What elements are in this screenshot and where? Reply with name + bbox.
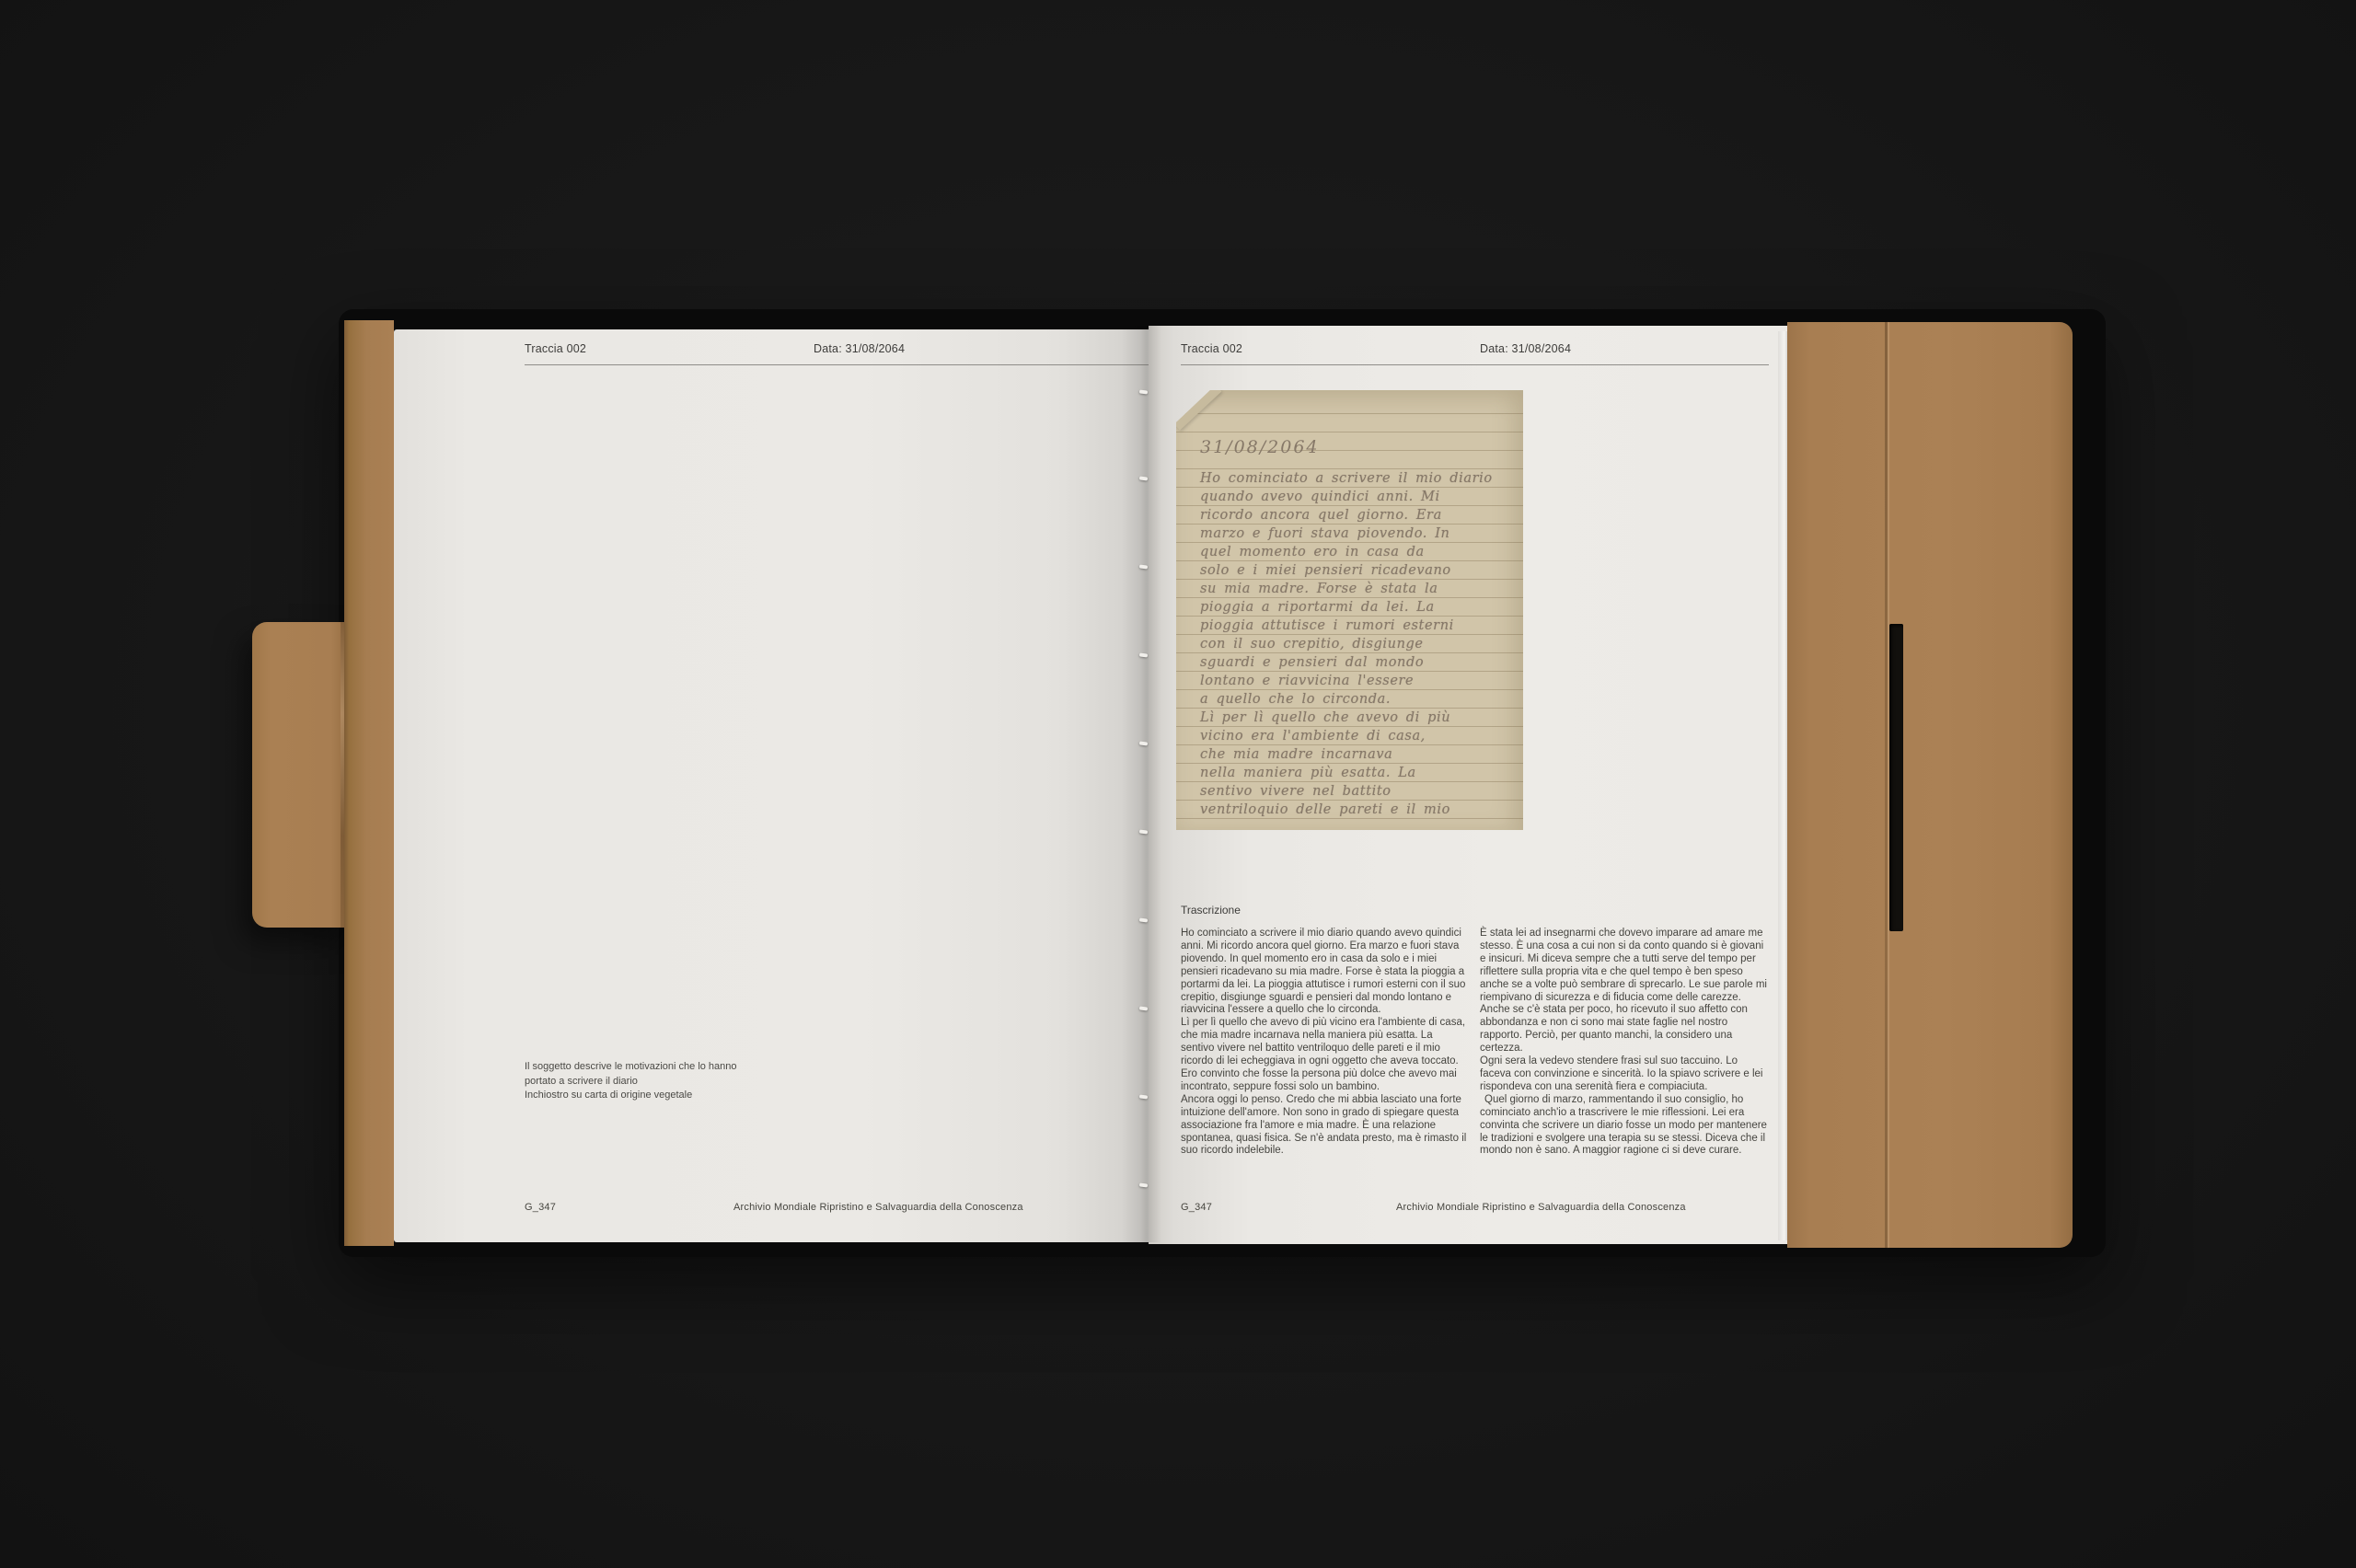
transcription-paragraph: Ogni sera la vedevo stendere frasi sul s…: [1480, 1055, 1769, 1094]
transcription-column-2: È stata lei ad insegnarmi che dovevo imp…: [1480, 928, 1769, 1158]
date-label: Data: 31/08/2064: [814, 342, 905, 355]
note-line: su mia madre. Forse è stata la: [1200, 580, 1510, 598]
note-line: lontano e riavvicina l'essere: [1200, 672, 1510, 690]
note-line: Ho cominciato a scrivere il mio diario: [1200, 469, 1510, 488]
folder-spine: [344, 320, 394, 1246]
transcription-column-1: Ho cominciato a scrivere il mio diario q…: [1181, 928, 1468, 1158]
note-line: Lì per lì quello che avevo di più: [1200, 709, 1510, 727]
note-line: pioggia a riportarmi da lei. La: [1200, 598, 1510, 617]
panel-slot-cutout: [1889, 624, 1903, 931]
panel-crease: [1885, 322, 1888, 1248]
note-line: che mia madre incarnava: [1200, 745, 1510, 764]
folder-panel-right: [1787, 322, 2073, 1248]
footer-archive: Archivio Mondiale Ripristino e Salvaguar…: [1396, 1202, 1686, 1213]
footer-code: G_347: [1181, 1202, 1212, 1213]
caption-line: portato a scrivere il diario: [525, 1075, 737, 1090]
note-line: pioggia attutisce i rumori esterni: [1200, 617, 1510, 635]
trace-label: Traccia 002: [1181, 342, 1242, 355]
transcription-paragraph: Lì per lì quello che avevo di più vicino…: [1181, 1017, 1468, 1093]
right-page-footer: G_347 Archivio Mondiale Ripristino e Sal…: [1181, 1202, 1769, 1216]
gutter-shadow: [1121, 326, 1161, 1242]
caption-line: Il soggetto descrive le motivazioni che …: [525, 1060, 737, 1075]
note-folded-corner: [1173, 384, 1222, 430]
note-line: a quello che lo circonda.: [1200, 690, 1510, 709]
note-line: quel momento ero in casa da: [1200, 543, 1510, 561]
note-line: ventriloquio delle pareti e il mio: [1200, 801, 1510, 819]
note-line: solo e i miei pensieri ricadevano: [1200, 561, 1510, 580]
transcription-paragraph: È stata lei ad insegnarmi che dovevo imp…: [1480, 928, 1769, 1055]
footer-code: G_347: [525, 1202, 556, 1213]
note-line: sentivo vivere nel battito: [1200, 782, 1510, 801]
note-line: sguardi e pensieri dal mondo: [1200, 653, 1510, 672]
right-page: Traccia 002 Data: 31/08/2064 31/08/2064 …: [1149, 326, 1787, 1244]
handwritten-note-scan: 31/08/2064 Ho cominciato a scrivere il m…: [1176, 390, 1523, 830]
archive-folder-photo: Traccia 002 Data: 31/08/2064 Il soggetto…: [0, 0, 2356, 1568]
caption-block: Il soggetto descrive le motivazioni che …: [525, 1060, 737, 1103]
note-line: nella maniera più esatta. La: [1200, 764, 1510, 782]
note-line: ricordo ancora quel giorno. Era: [1200, 506, 1510, 525]
date-label: Data: 31/08/2064: [1480, 342, 1571, 355]
page-stack-edge: [1778, 331, 1787, 1240]
note-date: 31/08/2064: [1200, 436, 1510, 458]
note-line: quando avevo quindici anni. Mi: [1200, 488, 1510, 506]
footer-archive: Archivio Mondiale Ripristino e Salvaguar…: [733, 1202, 1023, 1213]
transcription-paragraph: Quel giorno di marzo, rammentando il suo…: [1480, 1094, 1769, 1159]
transcription-title: Trascrizione: [1181, 904, 1241, 917]
note-line: vicino era l'ambiente di casa,: [1200, 727, 1510, 745]
trace-label: Traccia 002: [525, 342, 586, 355]
left-page-header: Traccia 002 Data: 31/08/2064: [525, 342, 1149, 365]
note-text: 31/08/2064 Ho cominciato a scrivere il m…: [1200, 436, 1510, 819]
note-line: marzo e fuori stava piovendo. In: [1200, 525, 1510, 543]
transcription-paragraph: Ancora oggi lo penso. Credo che mi abbia…: [1181, 1094, 1468, 1159]
folder-tab: [252, 622, 353, 928]
left-page: Traccia 002 Data: 31/08/2064 Il soggetto…: [394, 329, 1149, 1242]
left-page-footer: G_347 Archivio Mondiale Ripristino e Sal…: [525, 1202, 1149, 1216]
note-line: con il suo crepitio, disgiunge: [1200, 635, 1510, 653]
right-page-header: Traccia 002 Data: 31/08/2064: [1181, 342, 1769, 365]
transcription-paragraph: Ho cominciato a scrivere il mio diario q…: [1181, 928, 1468, 1017]
caption-line: Inchiostro su carta di origine vegetale: [525, 1089, 737, 1103]
